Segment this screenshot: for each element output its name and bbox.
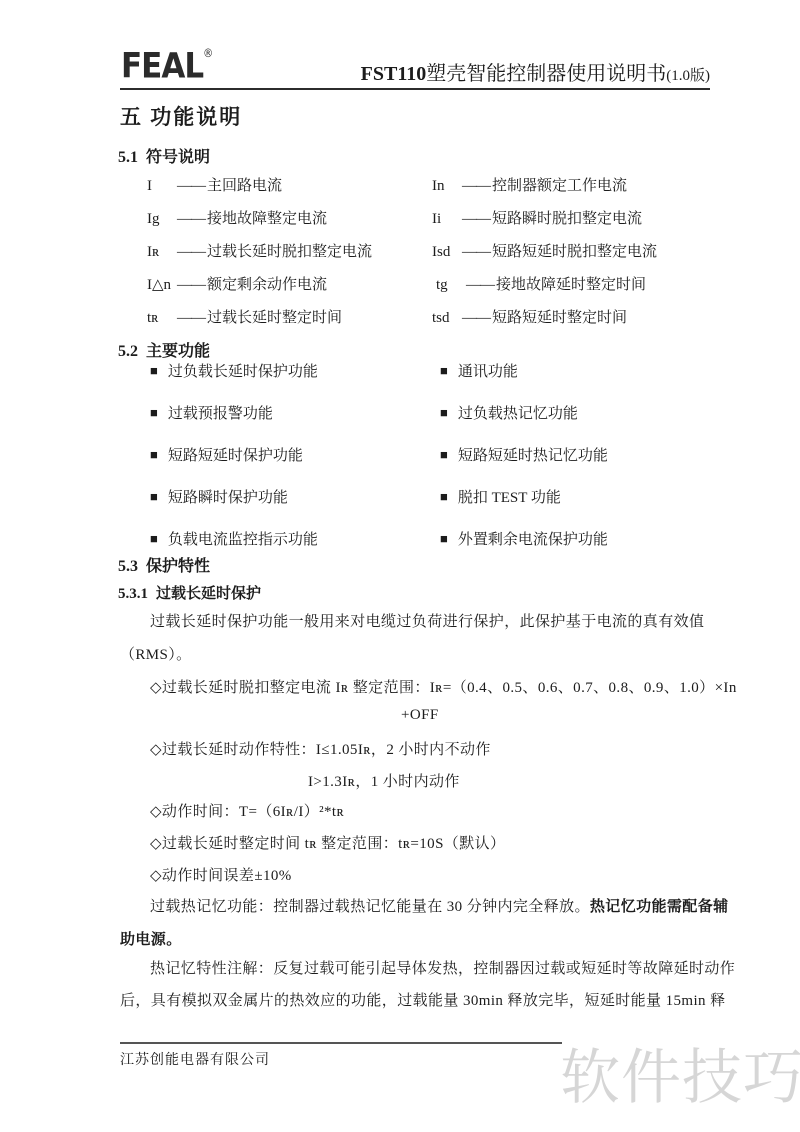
section-number: 5.3	[118, 558, 138, 575]
section-5-3-heading: 5.3保护特性	[118, 553, 210, 576]
symbol-row: Iʀ——过载长延时脱扣整定电流 Isd——短路短延时脱扣整定电流	[120, 240, 710, 273]
feature-label: 短路短延时保护功能	[168, 448, 303, 464]
footer-divider	[120, 1042, 562, 1044]
feature-row: ■短路瞬时保护功能 ■脱扣 TEST 功能	[120, 486, 710, 528]
symbol: tsd	[432, 310, 462, 327]
paragraph-line-bold: 助电源。	[120, 928, 182, 949]
symbol: Isd	[432, 244, 462, 261]
watermark-text: 软件技巧	[560, 1030, 800, 1116]
feature-label: 过负载长延时保护功能	[168, 364, 318, 380]
section-5-3-1-heading: 5.3.1过载长延时保护	[118, 582, 261, 603]
section-5-2-heading: 5.2主要功能	[118, 338, 210, 361]
symbol-desc: 短路短延时整定时间	[492, 310, 627, 326]
paragraph-line: 后，具有模拟双金属片的热效应的功能，过载能量 30min 释放完毕，短延时能量 …	[120, 989, 725, 1010]
symbol-desc: 额定剩余动作电流	[207, 277, 327, 293]
spec-line-setting-time: ◇过载长延时整定时间 tʀ 整定范围：tʀ=10S（默认）	[150, 832, 505, 853]
symbol-desc: 过载长延时整定时间	[207, 310, 342, 326]
manual-page: FEAL® FST110塑壳智能控制器使用说明书(1.0版) 五 功能说明 5.…	[0, 0, 800, 1132]
dash: ——	[177, 310, 205, 326]
square-bullet-icon: ■	[150, 363, 158, 378]
dash: ——	[462, 310, 490, 326]
symbol-row: Ig——接地故障整定电流 Ii——短路瞬时脱扣整定电流	[120, 207, 710, 240]
model-number: FST110	[361, 63, 427, 85]
document-title: FST110塑壳智能控制器使用说明书(1.0版)	[361, 57, 710, 86]
feature-label: 短路短延时热记忆功能	[458, 448, 608, 464]
section-5-1-heading: 5.1符号说明	[118, 144, 210, 167]
feature-label: 脱扣 TEST 功能	[458, 490, 561, 506]
square-bullet-icon: ■	[150, 447, 158, 462]
logo-text: FEAL	[121, 46, 203, 86]
feature-label: 通讯功能	[458, 364, 518, 380]
symbol-row: I△n——额定剩余动作电流 tg——接地故障延时整定时间	[120, 273, 710, 306]
feature-row: ■过载预报警功能 ■过负载热记忆功能	[120, 402, 710, 444]
square-bullet-icon: ■	[440, 363, 448, 378]
feature-label: 过负载热记忆功能	[458, 406, 578, 422]
symbol-desc: 接地故障延时整定时间	[496, 277, 646, 293]
thermal-memory-bold-note: 热记忆功能需配备辅	[590, 899, 729, 915]
page-title: 五 功能说明	[120, 101, 242, 131]
symbol-row: I——主回路电流 In——控制器额定工作电流	[120, 174, 710, 207]
registered-trademark-icon: ®	[203, 48, 213, 60]
symbol-desc: 短路短延时脱扣整定电流	[492, 244, 657, 260]
spec-line-action-characteristic: ◇过载长延时动作特性：I≤1.05Iʀ，2 小时内不动作	[150, 738, 491, 759]
symbol: Ig	[147, 211, 177, 228]
square-bullet-icon: ■	[150, 405, 158, 420]
symbol: I△n	[147, 275, 177, 294]
paragraph-line: 热记忆特性注解：反复过载可能引起导体发热，控制器因过载或短延时等故障延时动作	[150, 957, 735, 978]
square-bullet-icon: ■	[440, 447, 448, 462]
header-divider	[120, 88, 710, 90]
paragraph-line: 过载长延时保护功能一般用来对电缆过负荷进行保护，此保护基于电流的真有效值	[150, 610, 704, 631]
spec-line-setting-current: ◇过载长延时脱扣整定电流 Iʀ 整定范围：Iʀ=（0.4、0.5、0.6、0.7…	[150, 676, 737, 697]
spec-line-off-option: +OFF	[401, 707, 439, 724]
title-text: 塑壳智能控制器使用说明书	[426, 63, 666, 85]
feature-label: 过载预报警功能	[168, 406, 273, 422]
feature-list: ■过负载长延时保护功能 ■通讯功能 ■过载预报警功能 ■过负载热记忆功能 ■短路…	[120, 360, 710, 570]
spec-line-action-time-formula: ◇动作时间：T=（6Iʀ/I）²*tʀ	[150, 800, 344, 821]
feature-label: 负载电流监控指示功能	[168, 532, 318, 548]
square-bullet-icon: ■	[440, 405, 448, 420]
section-title: 过载长延时保护	[156, 586, 261, 602]
symbol: tʀ	[147, 310, 177, 327]
feature-label: 短路瞬时保护功能	[168, 490, 288, 506]
feature-label: 外置剩余电流保护功能	[458, 532, 608, 548]
symbol: Iʀ	[147, 244, 177, 261]
dash: ——	[466, 277, 494, 293]
section-number: 5.3.1	[118, 586, 148, 602]
dash: ——	[462, 244, 490, 260]
spec-line-action-characteristic-cont: I>1.3Iʀ，1 小时内动作	[308, 770, 460, 791]
square-bullet-icon: ■	[440, 489, 448, 504]
spec-line-time-tolerance: ◇动作时间误差±10%	[150, 864, 292, 885]
section-number: 5.2	[118, 343, 138, 360]
section-number: 5.1	[118, 149, 138, 166]
dash: ——	[462, 178, 490, 194]
dash: ——	[177, 244, 205, 260]
feature-row: ■过负载长延时保护功能 ■通讯功能	[120, 360, 710, 402]
company-name: 江苏创能电器有限公司	[120, 1049, 270, 1069]
symbol-table: I——主回路电流 In——控制器额定工作电流 Ig——接地故障整定电流 Ii——…	[120, 174, 710, 339]
symbol-desc: 接地故障整定电流	[207, 211, 327, 227]
dash: ——	[462, 211, 490, 227]
feal-logo: FEAL®	[121, 46, 213, 86]
section-title: 主要功能	[146, 343, 210, 360]
symbol: Ii	[432, 211, 462, 228]
thermal-memory-text: 过载热记忆功能：控制器过载热记忆能量在 30 分钟内完全释放。	[150, 899, 590, 915]
square-bullet-icon: ■	[440, 531, 448, 546]
feature-row: ■短路短延时保护功能 ■短路短延时热记忆功能	[120, 444, 710, 486]
symbol-row: tʀ——过载长延时整定时间 tsd——短路短延时整定时间	[120, 306, 710, 339]
paragraph-line: 过载热记忆功能：控制器过载热记忆能量在 30 分钟内完全释放。热记忆功能需配备辅	[150, 895, 729, 916]
square-bullet-icon: ■	[150, 531, 158, 546]
symbol-desc: 主回路电流	[207, 178, 282, 194]
symbol: tg	[436, 277, 466, 294]
dash: ——	[177, 178, 205, 194]
dash: ——	[177, 277, 205, 293]
symbol-desc: 控制器额定工作电流	[492, 178, 627, 194]
section-title: 保护特性	[146, 558, 210, 575]
title-version: (1.0版)	[666, 68, 710, 84]
paragraph-line: （RMS）。	[120, 643, 192, 664]
square-bullet-icon: ■	[150, 489, 158, 504]
dash: ——	[177, 211, 205, 227]
symbol: In	[432, 178, 462, 195]
section-title: 符号说明	[146, 149, 210, 166]
symbol-desc: 过载长延时脱扣整定电流	[207, 244, 372, 260]
symbol-desc: 短路瞬时脱扣整定电流	[492, 211, 642, 227]
symbol: I	[147, 178, 177, 195]
